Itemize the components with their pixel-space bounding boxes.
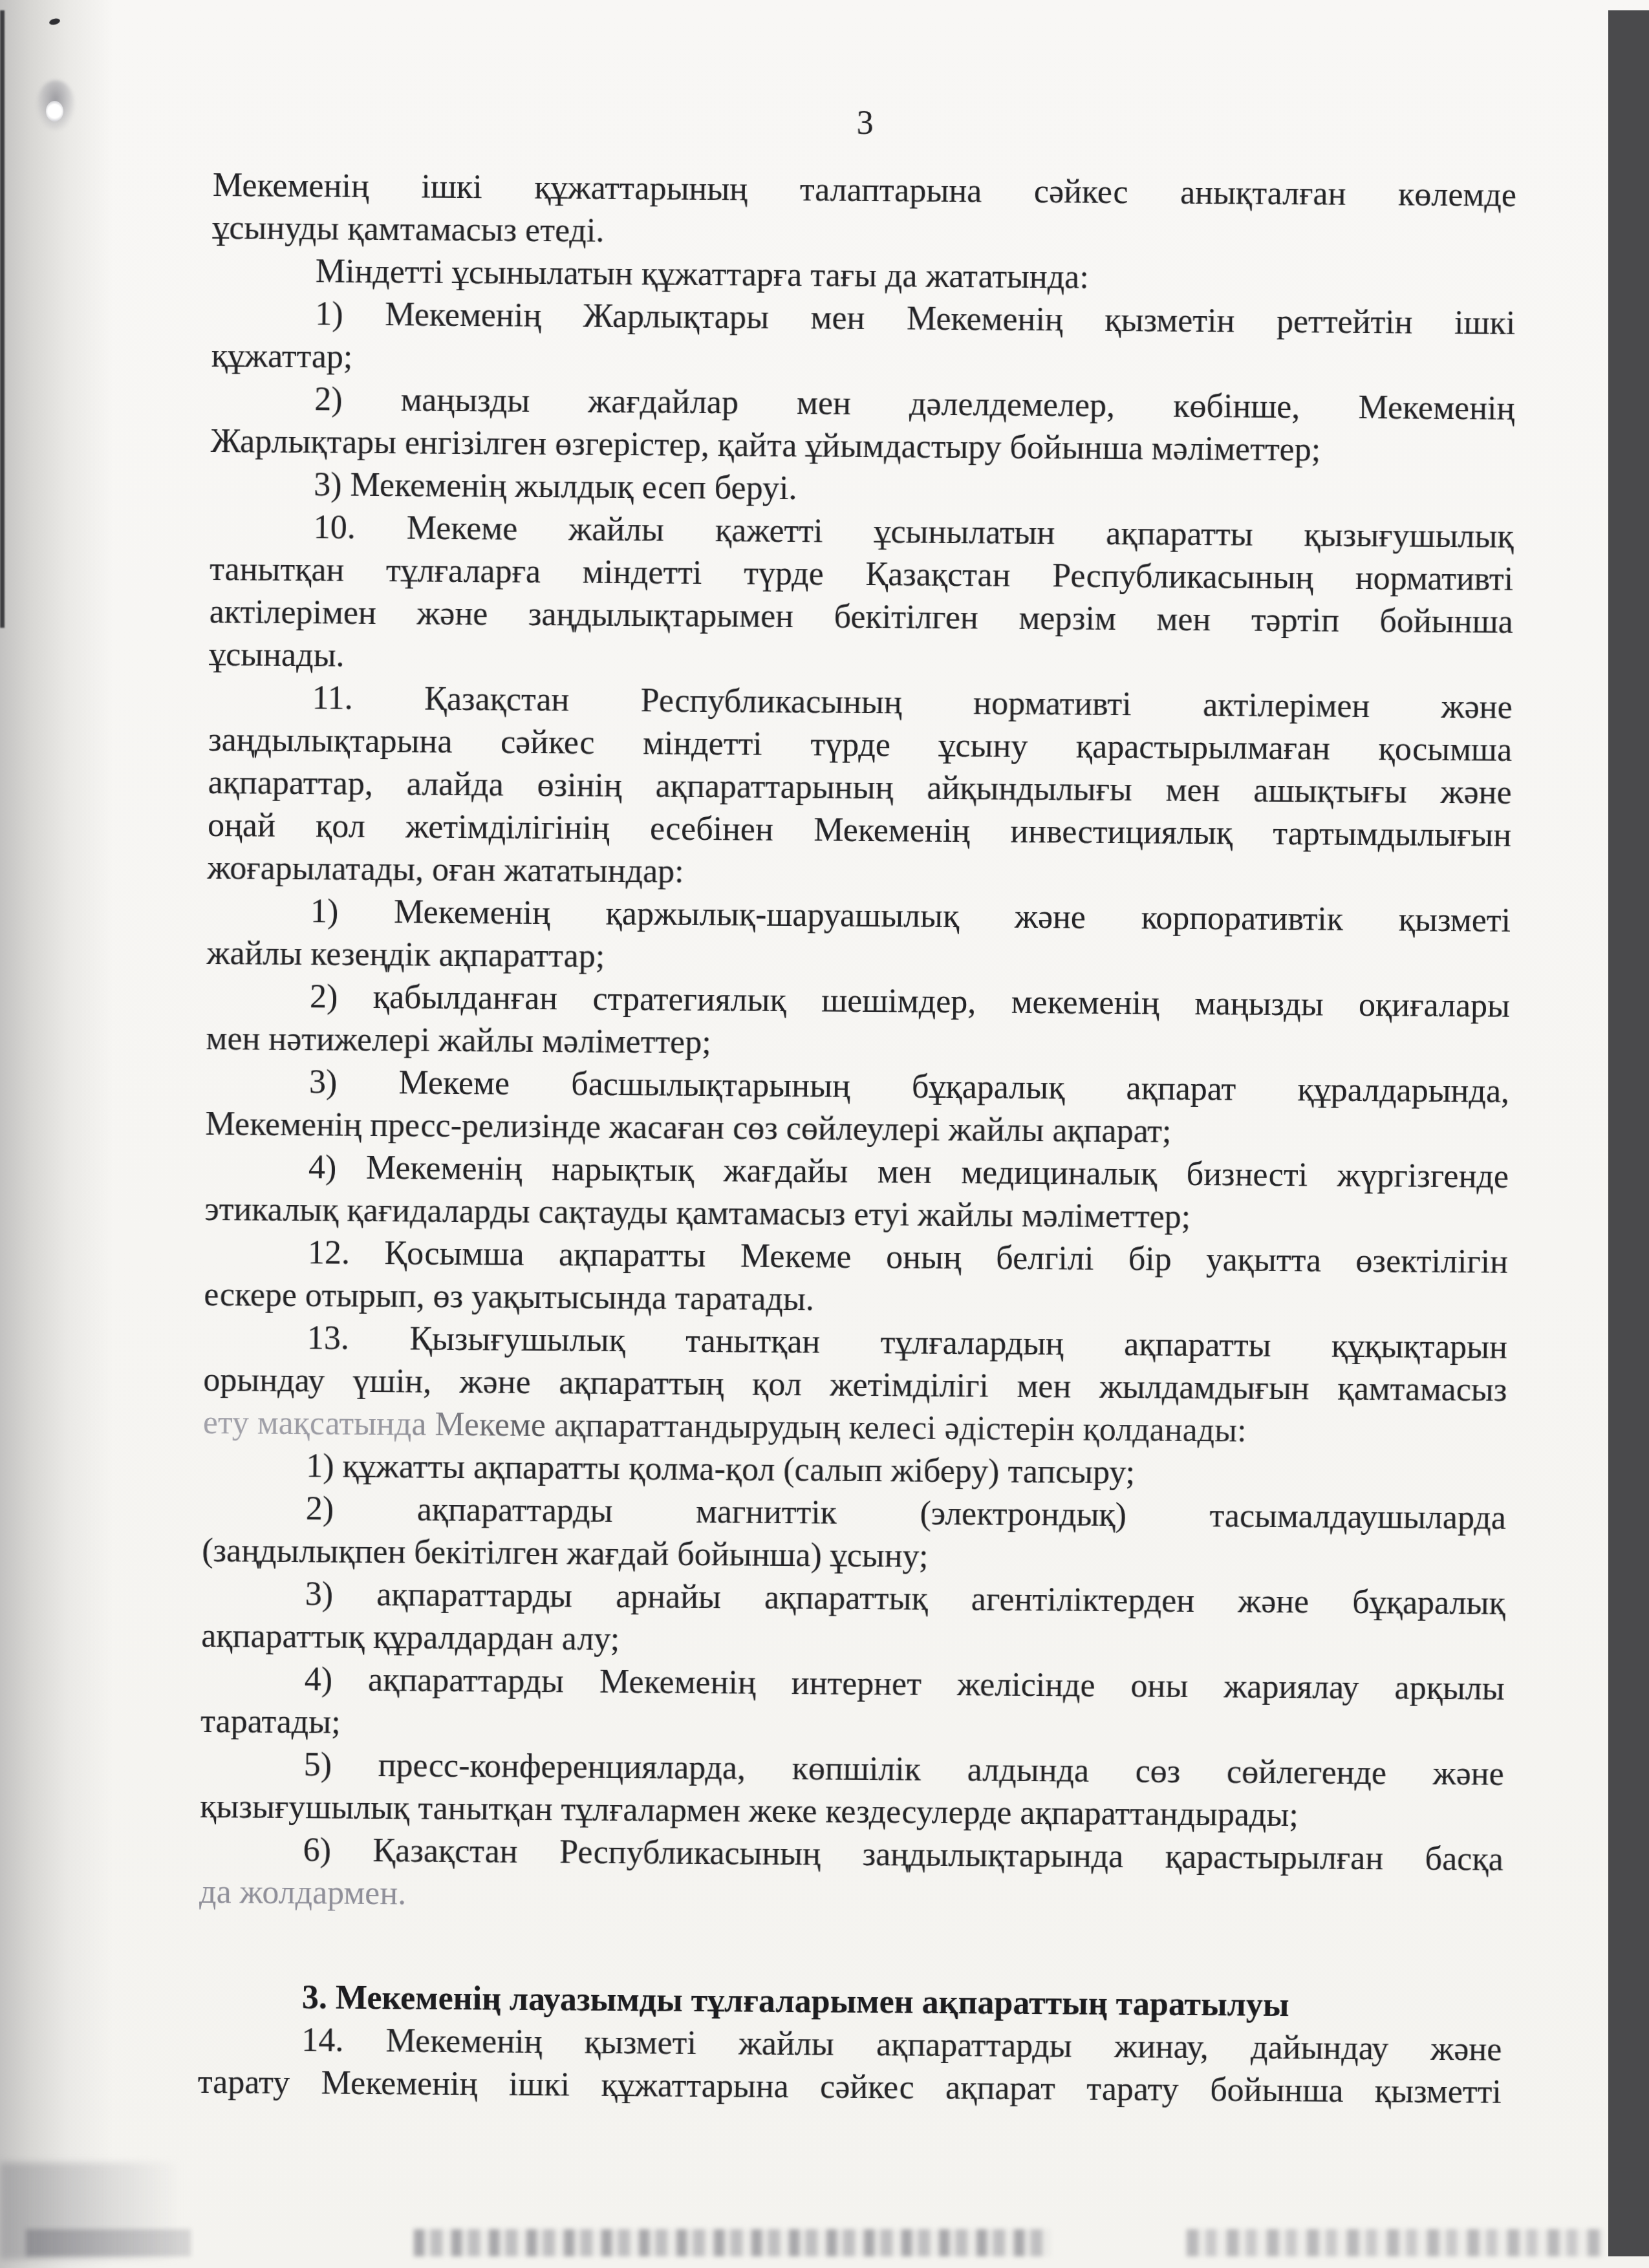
document-lines: Мекеменің ішкі құжаттарының талаптарына …: [198, 164, 1516, 2114]
punch-hole-center: [46, 101, 63, 122]
bleedthrough-band-left: [26, 2229, 191, 2256]
punch-hole-mark: [36, 80, 75, 131]
bleedthrough-band-right: [1187, 2229, 1604, 2256]
scan-right-dark-band: [1608, 10, 1649, 2256]
bleedthrough-band-center: [414, 2229, 1051, 2256]
page-number: 3: [213, 97, 1516, 150]
scan-left-shadow: [0, 0, 113, 2268]
scan-left-edge-line: [0, 10, 5, 628]
document-text: 3 Мекеменің ішкі құжаттарының талаптарын…: [198, 97, 1517, 2114]
scanned-page: 3 Мекеменің ішкі құжаттарының талаптарын…: [0, 0, 1649, 2268]
